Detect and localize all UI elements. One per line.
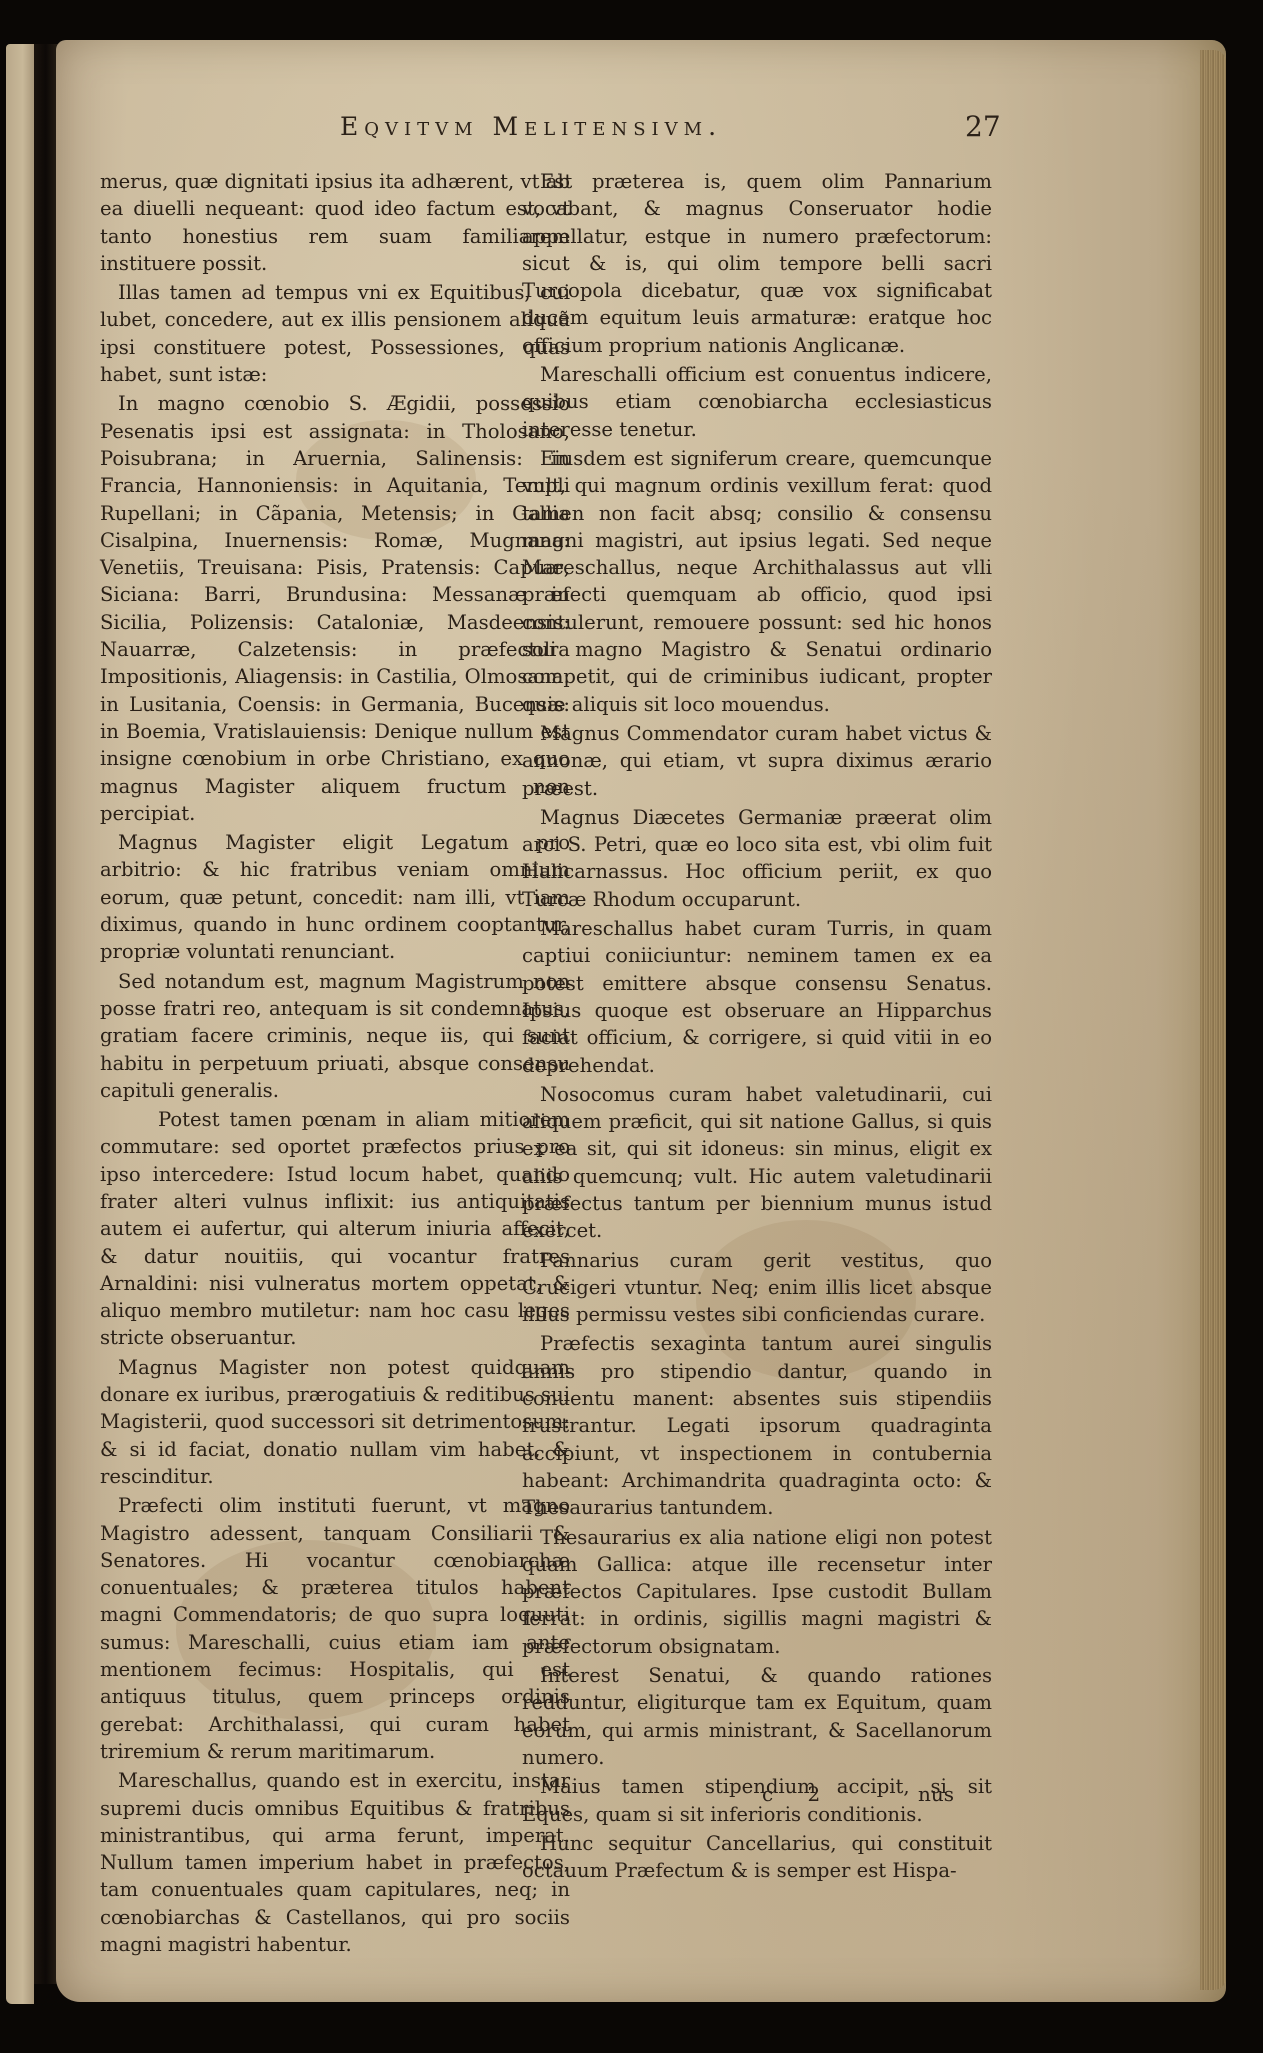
paragraph: Mareschallus, quando est in exercitu, in… — [100, 1767, 570, 1958]
paragraph: In magno cœnobio S. Ægidii, possessio Pe… — [100, 390, 570, 827]
paragraph: Nosocomus curam habet valetudinarii, cui… — [522, 1081, 992, 1245]
paragraph: Eiusdem est signiferum creare, quemcunqu… — [522, 445, 992, 718]
running-head: Eqvitvm Melitensivm. — [340, 112, 722, 141]
paragraph: Thesaurarius ex alia natione eligi non p… — [522, 1524, 992, 1660]
paragraph: Mareschallus habet curam Turris, in quam… — [522, 915, 992, 1079]
page-fore-edge — [1200, 50, 1226, 1990]
catchword: nus — [918, 1782, 954, 1806]
paragraph: Præfecti olim instituti fuerunt, vt magn… — [100, 1492, 570, 1765]
paragraph: Præfectis sexaginta tantum aurei singuli… — [522, 1330, 992, 1521]
paragraph: merus, quæ dignitati ipsius ita adhærent… — [100, 168, 570, 277]
previous-page-edge — [6, 44, 34, 2004]
paragraph: Hunc sequitur Cancellarius, qui constitu… — [522, 1830, 992, 1885]
paragraph: Est præterea is, quem olim Pannarium voc… — [522, 168, 992, 359]
paragraph: Illas tamen ad tempus vni ex Equitibus, … — [100, 279, 570, 388]
paragraph: Sed notandum est, magnum Magistrum non p… — [100, 968, 570, 1104]
paragraph: Potest tamen pœnam in aliam mitiorem com… — [100, 1106, 570, 1352]
paragraph: Interest Senatui, & quando rationes redd… — [522, 1662, 992, 1771]
paragraph: Magnus Diæcetes Germaniæ præerat olim ar… — [522, 804, 992, 913]
paragraph: Magnus Commendator curam habet victus & … — [522, 720, 992, 802]
paragraph: Magnus Magister eligit Legatum pro arbit… — [100, 829, 570, 965]
paragraph: Mareschalli officium est conuentus indic… — [522, 361, 992, 443]
paragraph: Pannarius curam gerit vestitus, quo Cruc… — [522, 1247, 992, 1329]
signature-mark: c 2 — [762, 1782, 834, 1806]
paragraph: Magnus Magister non potest quidquam dona… — [100, 1354, 570, 1490]
right-column: Est præterea is, quem olim Pannarium voc… — [522, 168, 992, 1886]
page-number: 27 — [965, 110, 1001, 143]
left-column: merus, quæ dignitati ipsius ita adhærent… — [100, 168, 570, 1960]
